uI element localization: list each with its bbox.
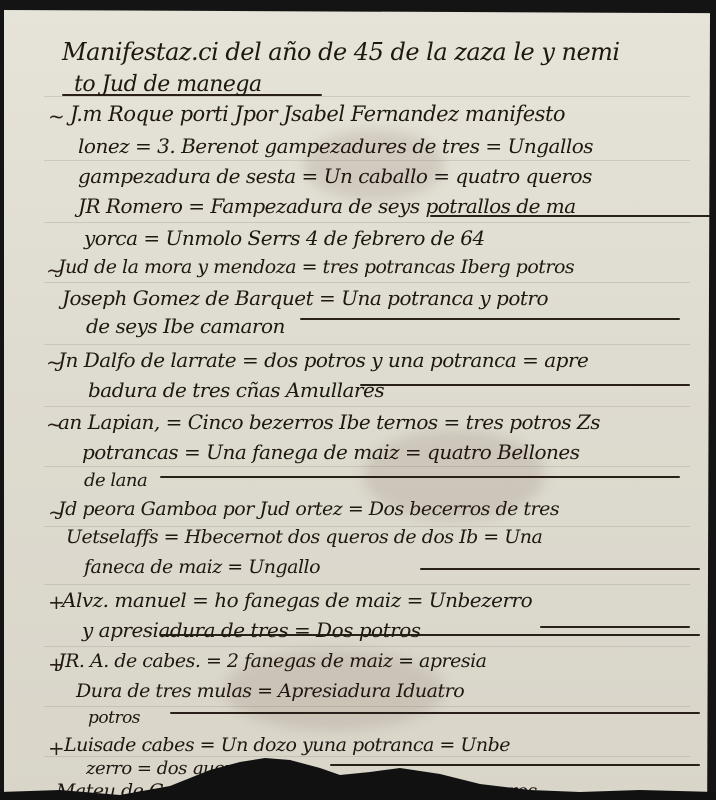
manuscript-line: JR. A. de cabes. = 2 fanegas de maiz = a… [58,650,487,672]
manuscript-line: zerro = dos queros [86,758,251,779]
manuscript-line: badura de tres cñas Amullares [88,378,384,402]
section-divider [540,626,690,628]
section-divider [300,318,680,320]
section-divider [160,476,680,478]
manuscript-line: Uetselaffs = Hbecernot dos queros de dos… [66,526,542,548]
manuscript-line: yorca = Unmolo Serrs 4 de febrero de 64 [84,226,485,250]
section-divider [360,384,690,386]
manuscript-line: J.m Roque porti Jpor Jsabel Fernandez ma… [70,102,565,126]
section-divider [420,568,700,570]
manuscript-line: Luisade cabes = Un dozo yuna potranca = … [64,734,510,756]
manuscript-line: de lana [84,470,147,491]
section-divider [330,764,700,766]
manuscript-line: Jn Dalfo de larrate = dos potros y una p… [58,348,588,372]
margin-mark: + [48,736,65,760]
manuscript-line: JR Romero = Fampezadura de seys potrallo… [78,194,576,218]
manuscript-line: Dura de tres mulas = Apresiadura Iduatro [76,680,464,702]
manuscript-line: gampezadura de sesta = Un caballo = quat… [78,164,592,188]
manuscript-line: y apresiadura de tres = Dos potros [82,618,421,642]
ruled-line [44,646,690,647]
ruled-line [44,222,690,223]
margin-mark: ~ [48,104,65,128]
section-divider [170,712,700,714]
ruled-line [44,406,690,407]
manuscript-heading-line-1: Manifestaz.ci del año de 45 de la zaza l… [62,38,620,66]
manuscript-line: Jud de la mora y mendoza = tres potranca… [58,256,574,278]
manuscript-line: lonez = 3. Berenot gampezadures de tres … [78,134,593,158]
manuscript-line: an Lapian, = Cinco bezerros Ibe ternos =… [58,410,600,434]
manuscript-heading-line-2: to Jud de manega [74,72,262,97]
manuscript-line: potros [88,708,140,728]
manuscript-line: faneca de maiz = Ungallo [84,556,320,578]
manuscript-line: Alvz. manuel = ho fanegas de maiz = Unbe… [62,588,532,612]
manuscript-line: Jd peora Gamboa por Jud ortez = Dos bece… [58,498,559,520]
ruled-line [44,584,690,585]
manuscript-line: Joseph Gomez de Barquet = Una potranca y… [62,286,548,310]
ruled-line [44,344,690,345]
ruled-line [44,282,690,283]
ruled-line [44,756,690,757]
manuscript-line: Mateu de Carbajal = 2 fanegas de maiz = … [56,780,537,800]
manuscript-line: potrancas = Una fanega de maiz = quatro … [82,440,580,464]
manuscript-line: de seys Ibe camaron [86,314,285,338]
